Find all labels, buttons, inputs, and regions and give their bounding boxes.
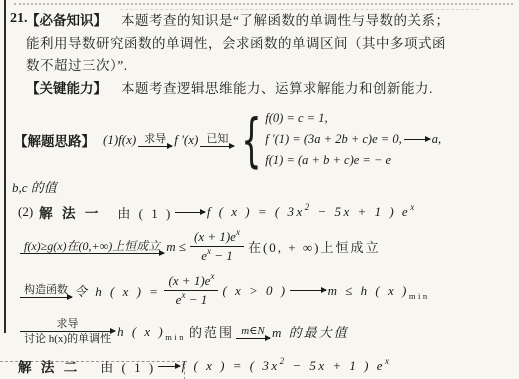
m-le-hmin: m ≤ h ( x )min — [328, 283, 430, 299]
method2-from: 由 ( 1 ) — [100, 357, 155, 376]
arrow-shaft-icon — [200, 146, 234, 147]
equation-2-text: f ′(1) = (3a + 2b + c)e = 0, — [265, 129, 401, 150]
equation-2-target: a, — [432, 129, 441, 150]
let-h: 令 h ( x ) = — [74, 281, 160, 300]
known-arrow-label: 已知 — [202, 132, 232, 146]
scanned-solution-page: { "paper": { "problem_number": "21.", "k… — [0, 0, 519, 379]
ability-tag: 【关键能力】 — [26, 81, 107, 96]
equation-system: { f(0) = c = 1, f ′(1) = (3a + 2b + c)e … — [236, 108, 441, 171]
step1-wrap-text: b,c 的值 — [12, 177, 57, 196]
fraction-denominator: ex − 1 — [176, 291, 208, 308]
hmin-text: h ( x )min — [117, 324, 186, 340]
step1-row: 【解题思路】 (1)f(x) 求导 f ′(x) 已知 { f(0) = c =… — [14, 108, 510, 171]
derive-arrow-label: 求导 — [140, 132, 170, 146]
knowledge-tag: 【必备知识】 — [26, 13, 107, 28]
knowledge-line2: 能利用导数研究函数的单调性，会求函数的单调区间（其中多项式函 — [26, 36, 446, 51]
problem-number: 21. — [10, 11, 28, 27]
ability-paragraph: 【关键能力】本题考查逻辑思维能力、运算求解能力和创新能力. — [26, 78, 510, 101]
method1-from: 由 ( 1 ) — [117, 203, 172, 222]
arrow-shaft-icon — [290, 290, 326, 291]
condition-row: f(x)≥g(x)在(0,+∞)上恒成立 m ≤ (x + 1)ex ex − … — [18, 229, 510, 264]
equation-2: f ′(1) = (3a + 2b + c)e = 0, a, — [265, 129, 441, 150]
arrow-shaft-icon — [158, 366, 180, 367]
equation-3: f(1) = (a + b + c)e = − e — [265, 150, 441, 171]
implies-arrow-3 — [158, 366, 180, 367]
method2-name: 解 法 二 — [18, 356, 80, 376]
ability-text: 本题考查逻辑思维能力、运算求解能力和创新能力. — [121, 81, 433, 96]
arrow-shaft-icon — [175, 212, 205, 213]
fraction-numerator: (x + 1)ex — [164, 273, 218, 291]
fx-formula: f ( x ) = ( 3x2 − 5x + 1 ) ex — [207, 204, 417, 220]
arrow-shaft-icon — [236, 338, 270, 339]
arrow-shaft-icon — [20, 297, 72, 298]
implies-arrow-2 — [290, 290, 326, 291]
page-content: 21. 【必备知识】本题考查的知识是“了解函数的单调性与导数的关系； 能利用导数… — [10, 10, 510, 376]
step1-lead: (1)f(x) — [103, 132, 136, 148]
method2-row: 解 法 二 由 ( 1 ) f ( x ) = ( 3x2 − 5x + 1 )… — [18, 356, 510, 376]
monotonicity-row: 求导 讨论 h(x)的单调性 h ( x )min 的范围 m∈N m 的最大值 — [18, 317, 510, 346]
h-fraction-2: (x + 1)ex ex − 1 — [164, 273, 218, 308]
scan-artifact-top — [14, 3, 513, 5]
domain-text: ( x > 0 ) — [222, 283, 287, 299]
known-arrow: 已知 — [200, 132, 234, 147]
m-in-n-arrow: m∈N — [236, 324, 270, 339]
condition-arrow-label: f(x)≥g(x)在(0,+∞)上恒成立 — [20, 239, 164, 253]
arrow-shaft-icon — [20, 253, 164, 254]
knowledge-paragraph: 【必备知识】本题考查的知识是“了解函数的单调性与导数的关系； 能利用导数研究函数… — [26, 10, 510, 78]
equations: f(0) = c = 1, f ′(1) = (3a + 2b + c)e = … — [265, 108, 441, 171]
m-in-n-label: m∈N — [237, 324, 268, 338]
method1-row: (2) 解 法 一 由 ( 1 ) f ( x ) = ( 3x2 − 5x +… — [18, 202, 510, 222]
monotonicity-arrow: 求导 讨论 h(x)的单调性 — [20, 317, 115, 346]
equation-1: f(0) = c = 1, — [265, 108, 441, 129]
range-text: 的范围 — [189, 322, 234, 341]
monotonicity-arrow-top-label: 求导 — [53, 317, 83, 331]
method1-name: 解 法 一 — [39, 202, 101, 222]
monotonicity-arrow-bottom-label: 讨论 h(x)的单调性 — [20, 332, 115, 346]
construct-arrow-label: 构造函数 — [20, 283, 72, 297]
condition-arrow: f(x)≥g(x)在(0,+∞)上恒成立 — [20, 239, 164, 254]
m-le: m ≤ — [166, 239, 186, 255]
step1-fprime: f ′(x) — [174, 132, 198, 148]
fx-formula-2: f ( x ) = ( 3x2 − 5x + 1 ) ex — [182, 358, 392, 374]
construct-row: 构造函数 令 h ( x ) = (x + 1)ex ex − 1 ( x > … — [18, 273, 510, 308]
step1-wrap-row: b,c 的值 — [12, 177, 510, 196]
knowledge-line3: 数不超过三次）”. — [26, 58, 128, 73]
h-fraction: (x + 1)ex ex − 1 — [190, 229, 244, 264]
arrow-shaft-icon — [20, 331, 115, 332]
construct-arrow: 构造函数 — [20, 283, 72, 298]
to-a-arrow — [404, 139, 430, 140]
derive-arrow: 求导 — [138, 132, 172, 147]
knowledge-line1: 本题考查的知识是“了解函数的单调性与导数的关系； — [121, 13, 450, 28]
result-text: m 的最大值 — [272, 322, 349, 341]
holds-text: 在(0, + ∞)上恒成立 — [248, 237, 381, 256]
arrow-shaft-icon — [138, 146, 172, 147]
fraction-numerator: (x + 1)ex — [190, 229, 244, 247]
left-brace-icon: { — [242, 109, 262, 171]
implies-arrow — [175, 212, 205, 213]
page-edge-line — [4, 0, 6, 333]
solution-tag: 【解题思路】 — [14, 130, 95, 150]
step2-number: (2) — [18, 204, 33, 220]
arrow-shaft-icon — [404, 139, 430, 140]
fraction-denominator: ex − 1 — [201, 247, 233, 264]
